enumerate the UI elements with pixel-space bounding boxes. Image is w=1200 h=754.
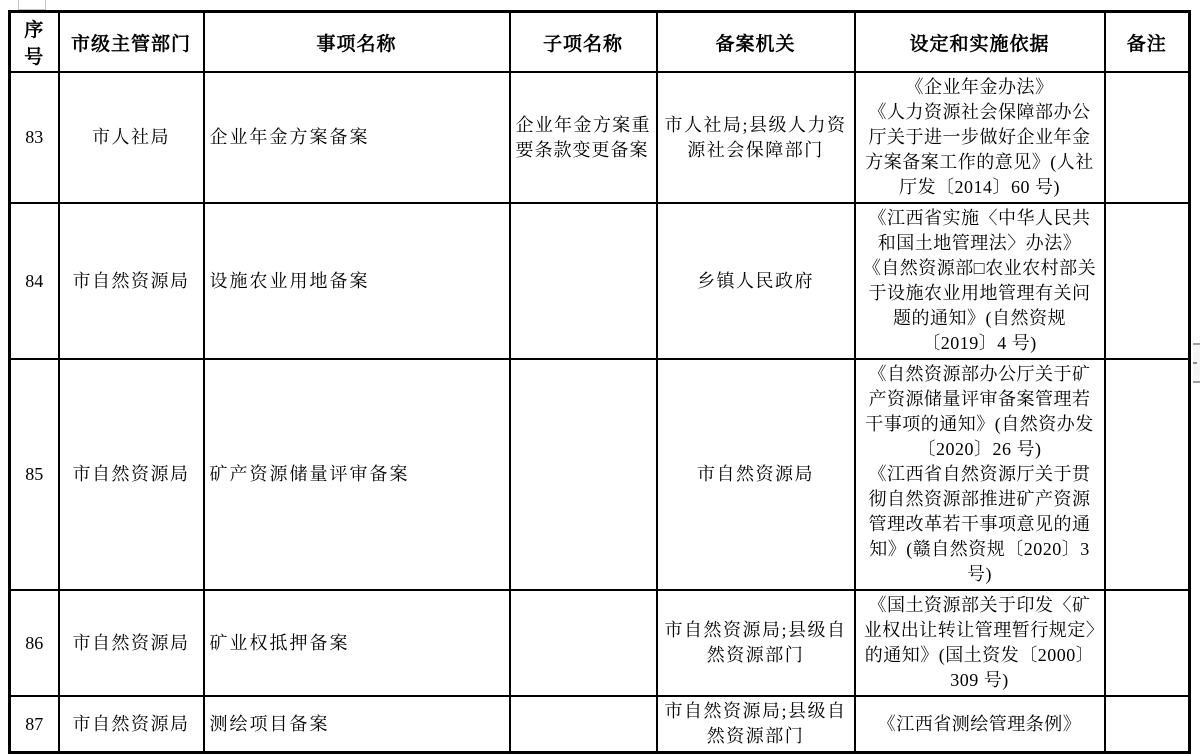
basis-citation: 《江西省测绘管理条例》: [863, 712, 1097, 719]
cell-dept: 市自然资源局: [59, 203, 204, 359]
basis-citation: 《企业年金办法》: [863, 75, 1097, 100]
cell-seq: 84: [10, 203, 59, 359]
cell-subitem: [510, 590, 657, 696]
cell-basis: 《自然资源部办公厅关于矿产资源储量评审备案管理若干事项的通知》(自然资办发〔20…: [855, 359, 1105, 590]
cell-item: 矿产资源储量评审备案: [204, 359, 510, 590]
cell-subitem: 企业年金方案重要条款变更备案: [510, 72, 657, 203]
cell-item: 矿业权抵押备案: [204, 590, 510, 696]
basis-citation: 《江西省实施〈中华人民共和国土地管理法〉办法》: [863, 206, 1097, 256]
cell-dept: 市自然资源局: [59, 359, 204, 590]
page-edge-artifact: [18, 0, 46, 10]
basis-citation: 《自然资源部办公厅关于矿产资源储量评审备案管理若干事项的通知》(自然资办发〔20…: [863, 362, 1097, 462]
cell-remark: [1105, 72, 1190, 203]
cell-subitem: [510, 203, 657, 359]
table-row: 87市自然资源局测绘项目备案市自然资源局;县级自然资源部门《江西省测绘管理条例》: [10, 696, 1190, 718]
header-remark: 备注: [1105, 12, 1190, 73]
cell-basis: 《江西省测绘管理条例》: [855, 696, 1105, 718]
header-subitem: 子项名称: [510, 12, 657, 73]
filing-items-table: 序号市级主管部门事项名称子项名称备案机关设定和实施依据备注 83市人社局企业年金…: [8, 10, 1191, 718]
cell-item: 测绘项目备案: [204, 696, 510, 718]
table-row: 84市自然资源局设施农业用地备案乡镇人民政府《江西省实施〈中华人民共和国土地管理…: [10, 203, 1190, 359]
cell-authority: 市人社局;县级人力资源社会保障部门: [657, 72, 855, 203]
cell-seq: 86: [10, 590, 59, 696]
scrollbar-thumb[interactable]: [1193, 343, 1200, 383]
cell-remark: [1105, 359, 1190, 590]
cell-dept: 市自然资源局: [59, 590, 204, 696]
cell-remark: [1105, 203, 1190, 359]
basis-citation: 《自然资源部□农业农村部关于设施农业用地管理有关问题的通知》(自然资规〔2019…: [863, 256, 1097, 356]
header-dept: 市级主管部门: [59, 12, 204, 73]
table-row: 85市自然资源局矿产资源储量评审备案市自然资源局《自然资源部办公厅关于矿产资源储…: [10, 359, 1190, 590]
basis-citation: 《人力资源社会保障部办公厅关于进一步做好企业年金方案备案工作的意见》(人社厅发〔…: [863, 100, 1097, 200]
cell-subitem: [510, 696, 657, 718]
cell-item: 企业年金方案备案: [204, 72, 510, 203]
header-authority: 备案机关: [657, 12, 855, 73]
cell-authority: 市自然资源局;县级自然资源部门: [657, 590, 855, 696]
cell-dept: 市人社局: [59, 72, 204, 203]
table-row: 86市自然资源局矿业权抵押备案市自然资源局;县级自然资源部门《国土资源部关于印发…: [10, 590, 1190, 696]
cell-seq: 83: [10, 72, 59, 203]
cell-basis: 《江西省实施〈中华人民共和国土地管理法〉办法》《自然资源部□农业农村部关于设施农…: [855, 203, 1105, 359]
cell-subitem: [510, 359, 657, 590]
header-seq: 序号: [10, 12, 59, 73]
cell-remark: [1105, 590, 1190, 696]
table-body: 83市人社局企业年金方案备案企业年金方案重要条款变更备案市人社局;县级人力资源社…: [10, 72, 1190, 718]
header-basis: 设定和实施依据: [855, 12, 1105, 73]
basis-citation: 《江西省自然资源厅关于贯彻自然资源部推进矿产资源管理改革若干事项意见的通知》(赣…: [863, 462, 1097, 587]
table-row: 83市人社局企业年金方案备案企业年金方案重要条款变更备案市人社局;县级人力资源社…: [10, 72, 1190, 203]
cell-basis: 《国土资源部关于印发〈矿业权出让转让管理暂行规定〉的通知》(国土资发〔2000〕…: [855, 590, 1105, 696]
basis-citation: 《国土资源部关于印发〈矿业权出让转让管理暂行规定〉的通知》(国土资发〔2000〕…: [863, 593, 1097, 693]
cell-basis: 《企业年金办法》《人力资源社会保障部办公厅关于进一步做好企业年金方案备案工作的意…: [855, 72, 1105, 203]
cell-seq: 85: [10, 359, 59, 590]
header-item: 事项名称: [204, 12, 510, 73]
cell-item: 设施农业用地备案: [204, 203, 510, 359]
cell-seq: 87: [10, 696, 59, 718]
cell-authority: 乡镇人民政府: [657, 203, 855, 359]
cell-remark: [1105, 696, 1190, 718]
cell-authority: 市自然资源局;县级自然资源部门: [657, 696, 855, 718]
cell-dept: 市自然资源局: [59, 696, 204, 718]
header-row: 序号市级主管部门事项名称子项名称备案机关设定和实施依据备注: [10, 12, 1190, 73]
cell-authority: 市自然资源局: [657, 359, 855, 590]
